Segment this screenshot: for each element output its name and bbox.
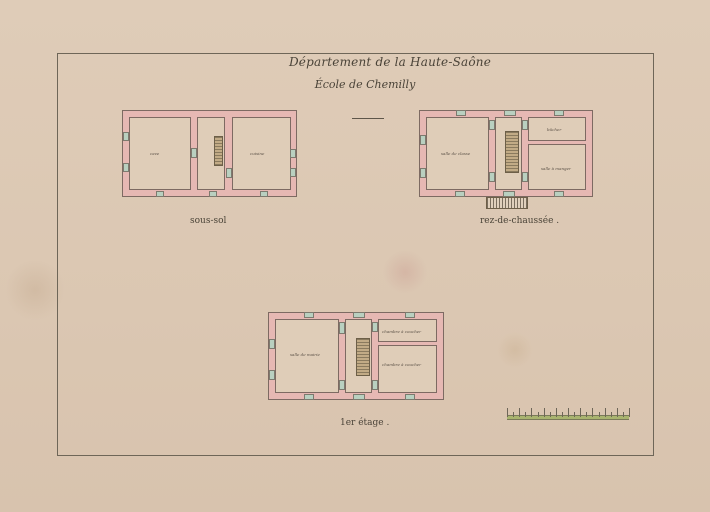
window bbox=[504, 110, 516, 116]
window bbox=[554, 110, 564, 116]
drawing-subtitle: École de Chemilly bbox=[300, 78, 430, 91]
scale-bar bbox=[507, 408, 629, 422]
title-underline bbox=[352, 118, 384, 119]
drawing-title: Département de la Haute-Saône bbox=[280, 55, 500, 69]
window bbox=[290, 168, 296, 177]
scale-tick bbox=[586, 412, 587, 417]
room-label: salle à manger bbox=[541, 166, 571, 171]
plan-sous-sol: cave cuisine bbox=[122, 110, 297, 197]
scale-tick bbox=[556, 408, 557, 417]
door bbox=[339, 322, 345, 334]
window bbox=[353, 394, 365, 400]
window bbox=[156, 191, 164, 197]
scale-tick bbox=[617, 408, 618, 417]
window bbox=[405, 394, 415, 400]
room-label: cuisine bbox=[250, 151, 264, 156]
room-label: salle de mairie bbox=[290, 352, 320, 357]
door bbox=[372, 322, 378, 332]
window bbox=[209, 191, 217, 197]
window bbox=[290, 149, 296, 158]
scale-tick bbox=[544, 408, 545, 417]
scale-tick bbox=[623, 412, 624, 417]
scale-tick bbox=[629, 408, 630, 417]
window bbox=[456, 110, 466, 116]
scale-tick bbox=[513, 412, 514, 417]
room-label: chambre à coucher bbox=[382, 329, 421, 334]
scale-tick bbox=[562, 412, 563, 417]
scale-tick bbox=[611, 412, 612, 417]
plan-label-sous-sol: sous-sol bbox=[190, 216, 226, 226]
window bbox=[269, 339, 275, 349]
scale-tick bbox=[507, 408, 508, 417]
door bbox=[489, 120, 495, 130]
plan-label-premier-etage: 1er étage . bbox=[340, 418, 389, 428]
scale-tick bbox=[580, 408, 581, 417]
room-cave bbox=[129, 117, 191, 190]
room-label: chambre à coucher bbox=[382, 362, 421, 367]
door bbox=[372, 380, 378, 390]
window bbox=[455, 191, 465, 197]
window bbox=[123, 132, 129, 141]
door bbox=[191, 148, 197, 158]
scale-tick bbox=[599, 412, 600, 417]
scale-tick bbox=[568, 408, 569, 417]
door bbox=[522, 172, 528, 182]
plan-label-rez-de-chaussee: rez-de-chaussée . bbox=[480, 216, 559, 226]
door bbox=[522, 120, 528, 130]
scale-tick bbox=[531, 408, 532, 417]
window bbox=[420, 168, 426, 178]
window bbox=[353, 312, 365, 318]
room-label: salle de classe bbox=[441, 151, 470, 156]
window bbox=[304, 394, 314, 400]
scale-tick bbox=[525, 412, 526, 417]
scale-tick bbox=[574, 412, 575, 417]
entrance-steps bbox=[486, 197, 528, 209]
staircase bbox=[505, 131, 519, 173]
scale-tick bbox=[519, 408, 520, 417]
scale-tick bbox=[538, 412, 539, 417]
staircase bbox=[214, 136, 223, 166]
room-label: cave bbox=[150, 151, 159, 156]
scale-tick bbox=[605, 408, 606, 417]
door bbox=[489, 172, 495, 182]
window bbox=[260, 191, 268, 197]
window bbox=[405, 312, 415, 318]
scale-tick bbox=[550, 412, 551, 417]
window bbox=[123, 163, 129, 172]
window bbox=[269, 370, 275, 380]
door bbox=[226, 168, 232, 178]
staircase bbox=[356, 338, 370, 376]
window bbox=[554, 191, 564, 197]
window bbox=[304, 312, 314, 318]
plan-premier-etage: salle de mairie chambre à coucher chambr… bbox=[268, 312, 444, 400]
window bbox=[420, 135, 426, 145]
door bbox=[339, 380, 345, 390]
room-label: bûcher bbox=[547, 127, 561, 132]
scale-tick bbox=[592, 408, 593, 417]
room-chambre-2 bbox=[378, 345, 437, 393]
plan-rez-de-chaussee: salle de classe bûcher salle à manger bbox=[419, 110, 593, 197]
